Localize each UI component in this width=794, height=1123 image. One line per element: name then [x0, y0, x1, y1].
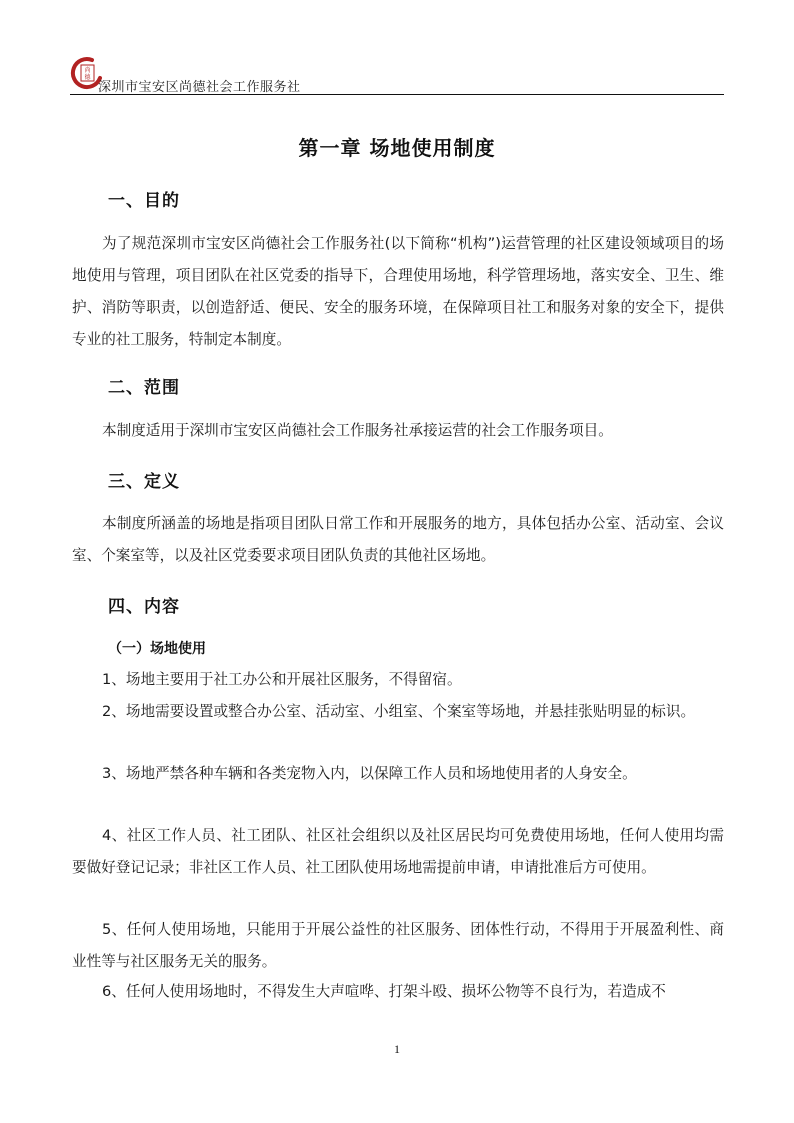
section-paragraph-purpose: 为了规范深圳市宝安区尚德社会工作服务社(以下简称“机构”)运营管理的社区建设领域…	[72, 228, 724, 356]
list-item: 5、任何人使用场地，只能用于开展公益性的社区服务、团体性行动，不得用于开展盈利性…	[72, 914, 724, 978]
list-item: 6、任何人使用场地时，不得发生大声喧哗、打架斗殴、损坏公物等不良行为，若造成不	[72, 976, 724, 1008]
section-heading-content: 四、内容	[108, 592, 180, 617]
chapter-title: 第一章 场地使用制度	[0, 132, 794, 161]
section-paragraph-definition: 本制度所涵盖的场地是指项目团队日常工作和开展服务的地方，具体包括办公室、活动室、…	[72, 508, 724, 572]
page-number: 1	[0, 1042, 794, 1057]
list-item: 2、场地需要设置或整合办公室、活动室、小组室、个案室等场地，并悬挂张贴明显的标识…	[72, 696, 724, 728]
page-header: 尚 德 深圳市宝安区尚德社会工作服务社	[70, 56, 724, 96]
subsection-heading-venue-use: （一）场地使用	[108, 638, 206, 658]
list-item: 4、社区工作人员、社工团队、社区社会组织以及社区居民均可免费使用场地，任何人使用…	[72, 820, 724, 884]
list-item: 3、场地严禁各种车辆和各类宠物入内，以保障工作人员和场地使用者的人身安全。	[72, 758, 724, 790]
section-heading-definition: 三、定义	[108, 467, 180, 492]
list-item: 1、场地主要用于社工办公和开展社区服务，不得留宿。	[72, 664, 724, 696]
section-paragraph-scope: 本制度适用于深圳市宝安区尚德社会工作服务社承接运营的社会工作服务项目。	[72, 415, 724, 447]
org-name: 深圳市宝安区尚德社会工作服务社	[98, 76, 301, 95]
header-divider	[70, 94, 724, 95]
section-heading-purpose: 一、目的	[108, 186, 180, 211]
svg-text:德: 德	[84, 73, 91, 81]
svg-text:尚: 尚	[84, 66, 90, 74]
section-heading-scope: 二、范围	[108, 373, 180, 398]
